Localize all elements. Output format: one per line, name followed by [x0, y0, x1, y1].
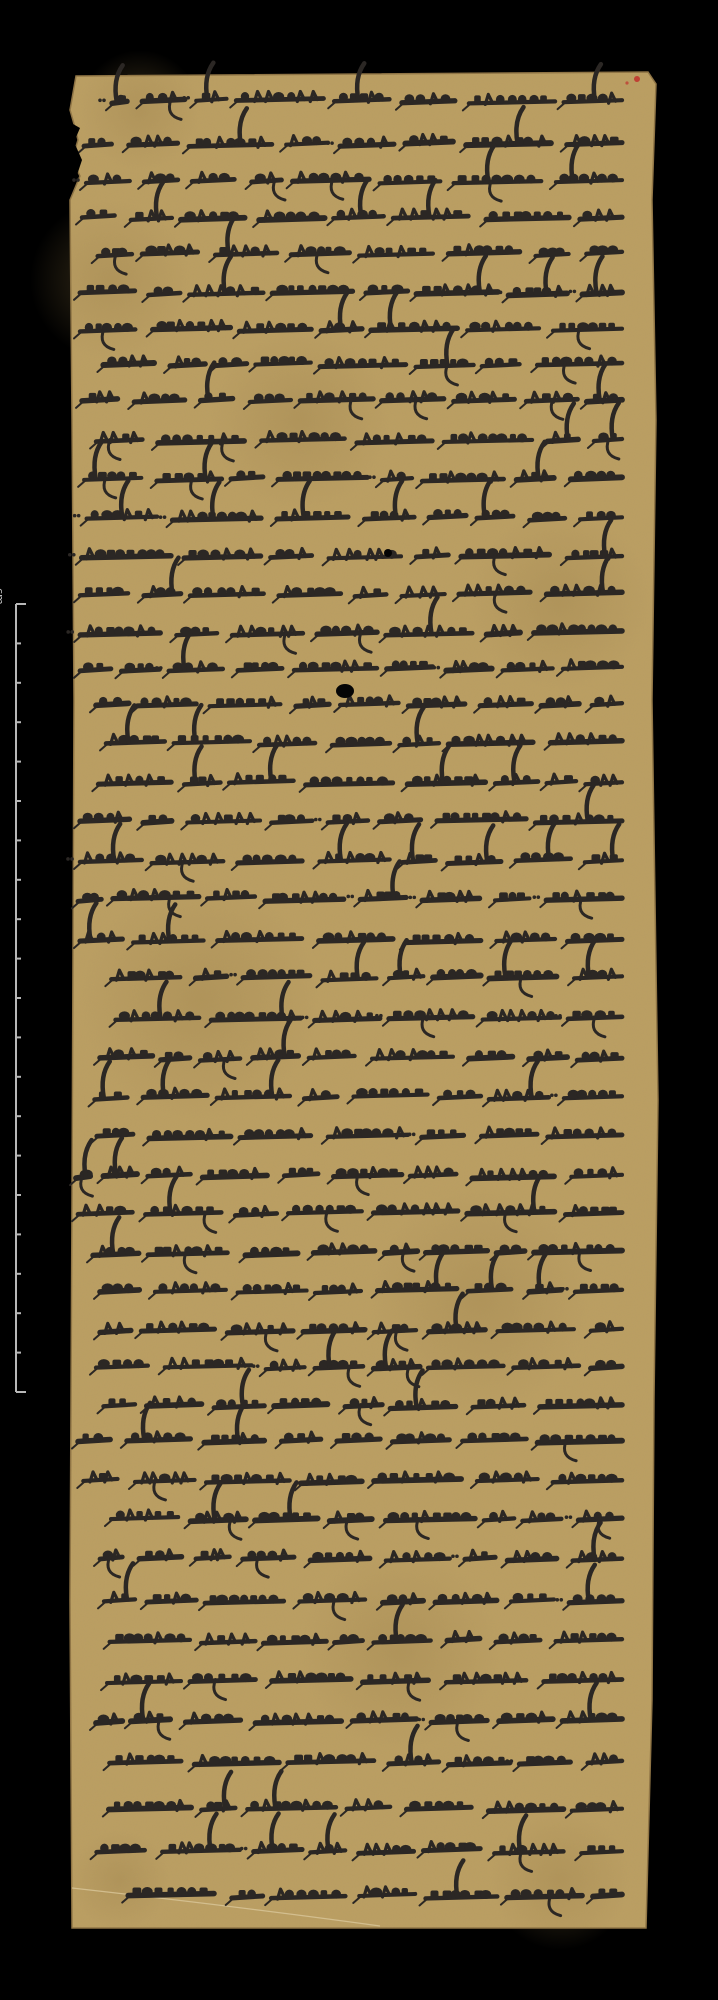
manuscript-sheet — [0, 0, 718, 2000]
photo-background: cm — [0, 0, 718, 2000]
manuscript-page — [0, 0, 718, 2000]
red-ink-mark — [634, 76, 640, 82]
paper-hole — [336, 684, 354, 698]
paper — [30, 50, 658, 1950]
paper-hole — [384, 549, 392, 557]
red-ink-dot — [625, 81, 628, 84]
